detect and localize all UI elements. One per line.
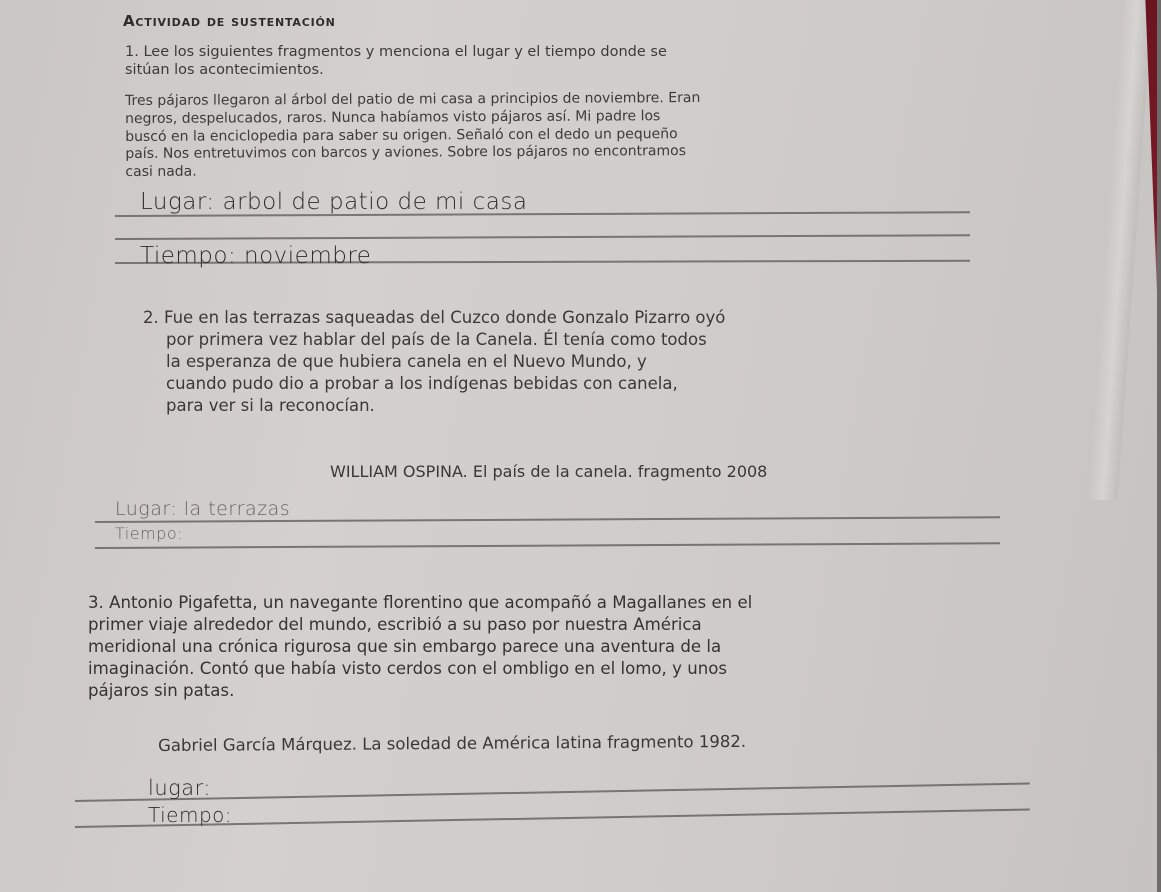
fragment-line: la esperanza de que hubiera canela en el… bbox=[143, 351, 725, 373]
answer-line bbox=[95, 542, 1000, 548]
fragment-line: casi nada. bbox=[125, 161, 700, 182]
fragment-line: imaginación. Contó que había visto cerdo… bbox=[88, 658, 752, 680]
answer-3-tiempo: Tiempo: bbox=[148, 803, 232, 827]
fragment-2-text: 2. Fue en las terrazas saqueadas del Cuz… bbox=[143, 307, 725, 417]
fragment-line: primer viaje alrededor del mundo, escrib… bbox=[88, 614, 752, 636]
instruction: 1. Lee los siguientes fragmentos y menci… bbox=[125, 44, 667, 79]
paper-fold-highlight bbox=[1088, 0, 1153, 500]
fragment-line: 3. Antonio Pigafetta, un navegante flore… bbox=[88, 592, 752, 614]
answer-1-lugar: Lugar: arbol de patio de mi casa bbox=[140, 189, 527, 215]
answer-3-lugar: lugar: bbox=[148, 776, 211, 800]
answer-2-lugar: Lugar: la terrazas bbox=[115, 498, 290, 520]
fragment-line: 2. Fue en las terrazas saqueadas del Cuz… bbox=[143, 307, 725, 329]
instruction-line: 1. Lee los siguientes fragmentos y menci… bbox=[125, 44, 667, 62]
fragment-2-citation: WILLIAM OSPINA. El país de la canela. fr… bbox=[330, 462, 767, 481]
answer-line bbox=[115, 234, 970, 239]
answer-1-tiempo: Tiempo: noviembre bbox=[140, 243, 371, 269]
fragment-line: meridional una crónica rigurosa que sin … bbox=[88, 636, 752, 658]
fragment-line: país. Nos entretuvimos con barcos y avio… bbox=[125, 143, 700, 164]
fragment-1-text: Tres pájaros llegaron al árbol del patio… bbox=[125, 90, 701, 182]
instruction-line: sitúan los acontecimientos. bbox=[125, 62, 667, 80]
fragment-line: para ver si la reconocían. bbox=[143, 395, 725, 417]
fragment-line: pájaros sin patas. bbox=[88, 680, 752, 702]
fragment-line: por primera vez hablar del país de la Ca… bbox=[143, 329, 725, 351]
page-edge-shadow bbox=[1157, 0, 1161, 892]
worksheet-title: Actividad de sustentación bbox=[123, 12, 336, 30]
answer-line bbox=[75, 782, 1030, 801]
answer-2-tiempo: Tiempo: bbox=[115, 524, 183, 543]
fragment-3-text: 3. Antonio Pigafetta, un navegante flore… bbox=[88, 592, 752, 702]
fragment-line: cuando pudo dio a probar a los indígenas… bbox=[143, 373, 725, 395]
fragment-3-citation: Gabriel García Márquez. La soledad de Am… bbox=[158, 732, 746, 755]
